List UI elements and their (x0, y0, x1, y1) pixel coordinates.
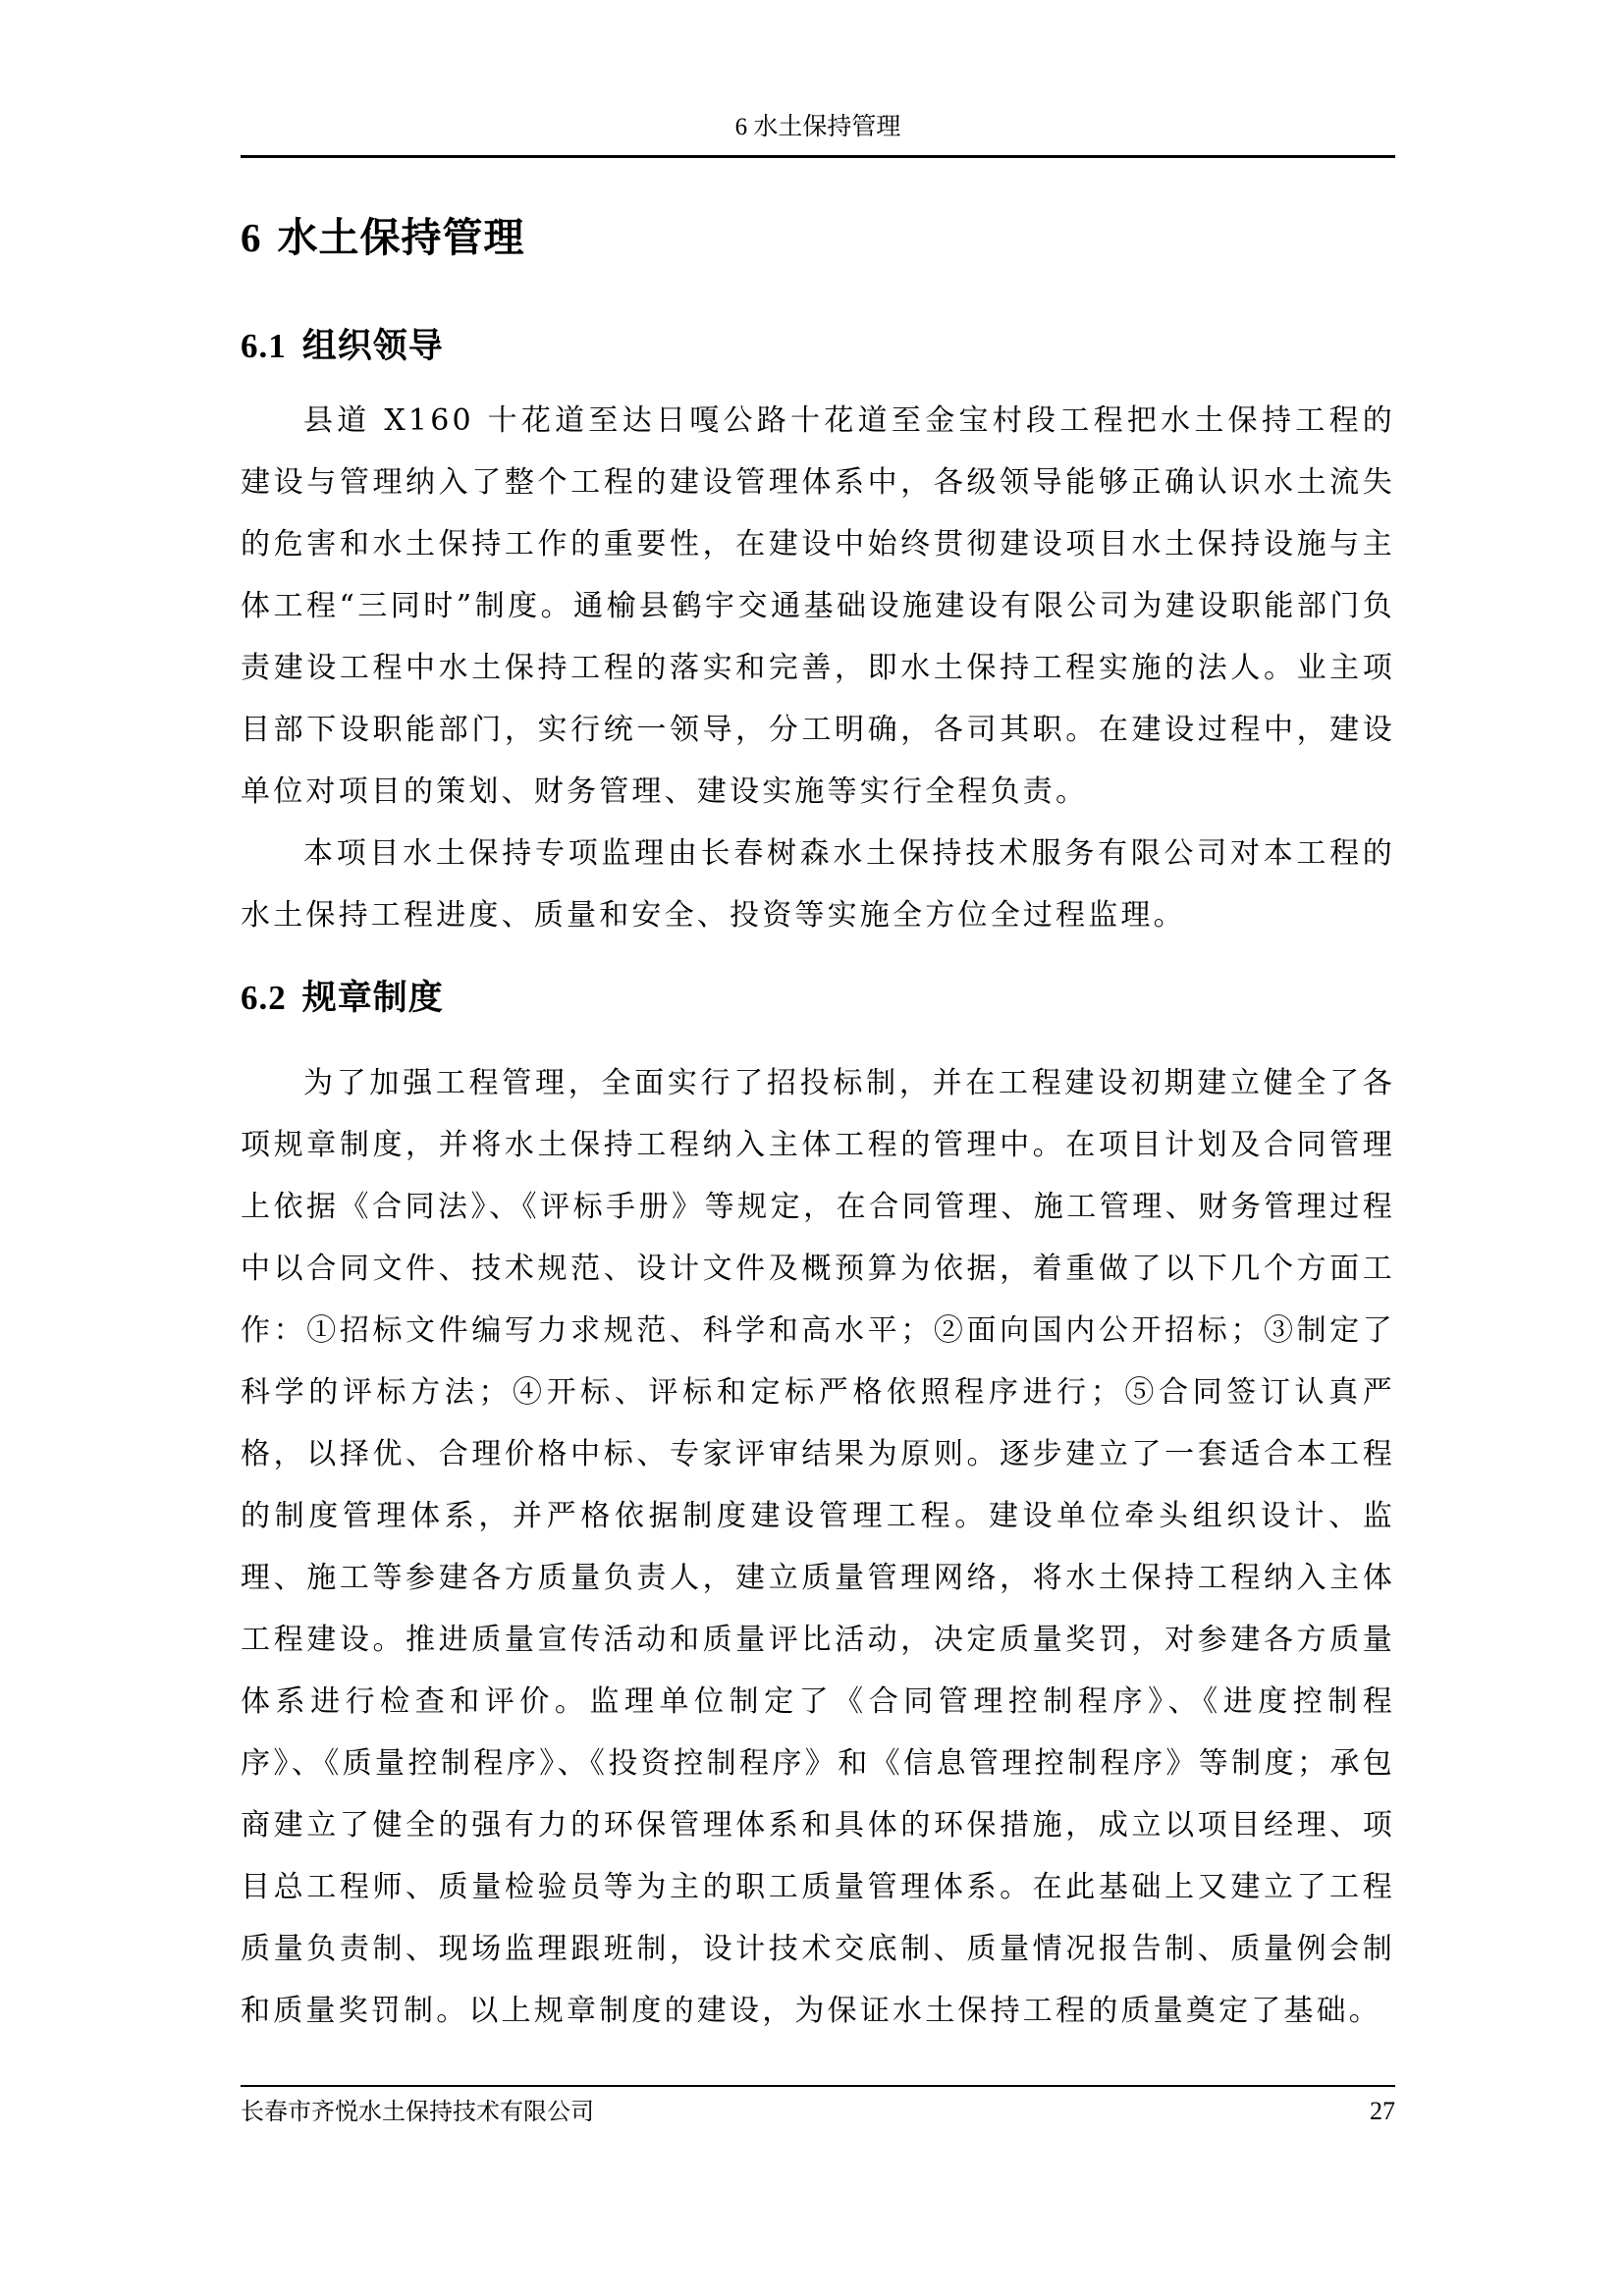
section-title-text: 规章制度 (302, 979, 444, 1017)
paragraph-regulations: 为了加强工程管理，全面实行了招投标制，并在工程建设初期建立健全了各项规章制度，并… (241, 1052, 1395, 2042)
section-heading-6-1: 6.1组织领导 (241, 322, 444, 371)
paragraph-organization-leadership: 县道 X160 十花道至达日嘎公路十花道至金宝村段工程把水土保持工程的建设与管理… (241, 390, 1395, 823)
section-number: 6.1 (241, 327, 287, 365)
section-heading-6-2: 6.2规章制度 (241, 974, 444, 1023)
footer-rule (241, 2085, 1395, 2087)
section-title-text: 组织领导 (302, 327, 444, 365)
header-rule (241, 155, 1395, 158)
chapter-number: 6 (241, 215, 262, 260)
chapter-title-text: 水土保持管理 (278, 215, 525, 260)
chapter-title: 6水土保持管理 (241, 208, 525, 267)
running-header: 6 水土保持管理 (241, 112, 1395, 143)
section-number: 6.2 (241, 979, 287, 1017)
document-page: 6 水土保持管理 6水土保持管理 6.1组织领导 县道 X160 十花道至达日嘎… (241, 0, 1395, 2296)
page-number: 27 (1370, 2095, 1395, 2128)
paragraph-supervision: 本项目水土保持专项监理由长春树森水土保持技术服务有限公司对本工程的水土保持工程进… (241, 823, 1395, 946)
footer-company: 长春市齐悦水土保持技术有限公司 (241, 2095, 594, 2128)
